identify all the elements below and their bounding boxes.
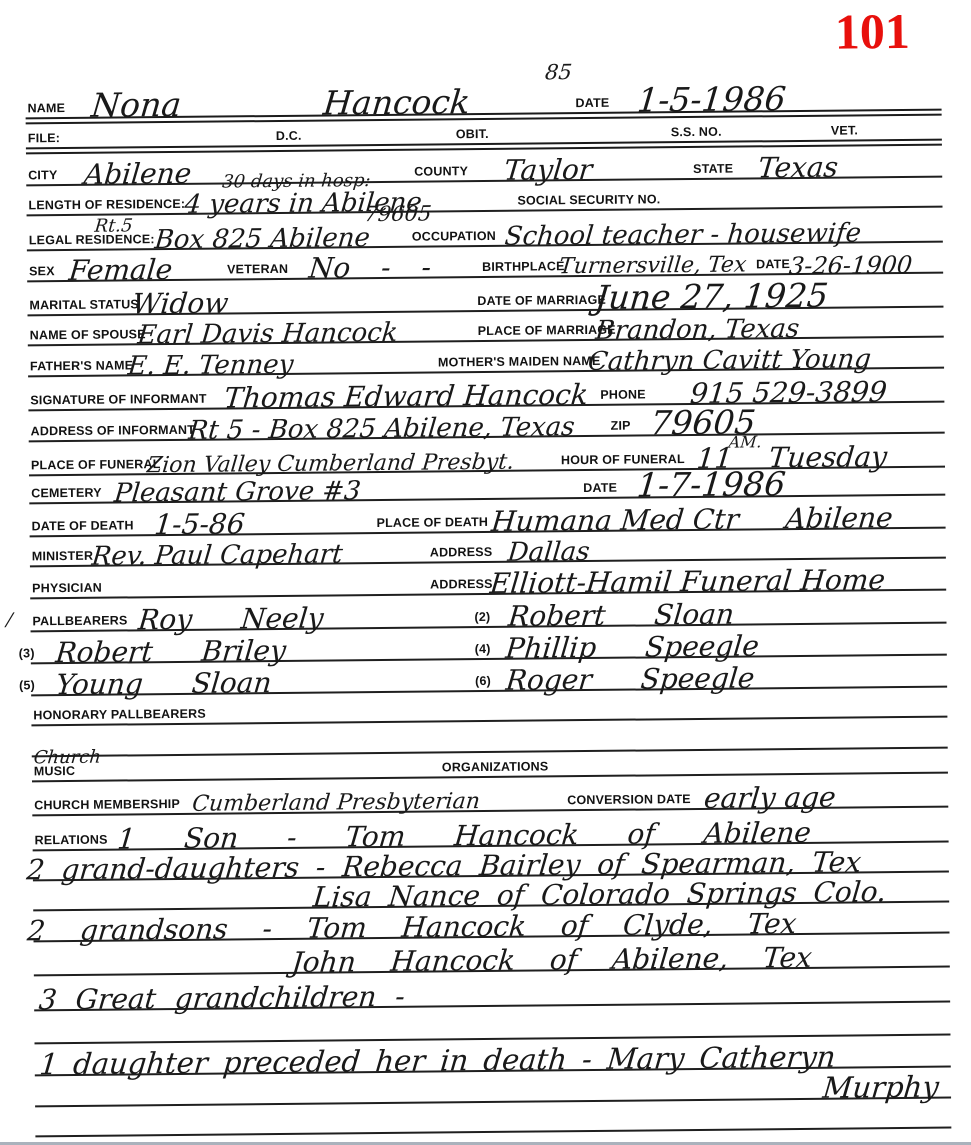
date-label: DATE [575,96,609,110]
age-value: 85 [544,60,573,84]
pallbearer-5-number: (5) [19,678,35,692]
county-label: COUNTY [414,164,468,179]
cemetery-label: CEMETERY [31,486,102,501]
file-label: FILE: [28,131,60,145]
address-of-informant-label: ADDRESS OF INFORMANT [31,423,196,439]
sex-value: Female [68,253,174,287]
date-of-marriage-label: DATE OF MARRIAGE [477,293,606,308]
hour-meridiem-value: AM. [728,432,763,451]
pallbearer-4-number: (4) [475,642,491,656]
vet-label: VET. [831,123,858,137]
music-label: MUSIC [34,764,75,778]
legal-residence-zip-value: 79605 [363,201,432,226]
length-of-residence-label: LENGTH OF RESIDENCE: [28,197,185,213]
church-membership-label: CHURCH MEMBERSHIP [34,797,180,812]
zip-label: ZIP [611,419,631,433]
church-membership-value: Cumberland Presbyterian [191,789,481,817]
record-card: 101 NAME Nona Hancock 85 DATE 1-5-1986 F… [0,0,971,1145]
physician-address-label: ADDRESS [430,577,493,592]
cemetery-date-label: DATE [583,481,617,495]
page-number: 101 [835,6,910,57]
place-of-funeral-label: PLACE OF FUNERAL [31,457,161,472]
name-first-value: Nona [90,85,183,125]
conversion-date-value: early age [703,781,838,815]
dc-label: D.C. [276,129,302,143]
legal-residence-route-value: Rt.5 [94,215,134,236]
date-of-death-label: DATE OF DEATH [31,518,133,533]
date-value: 1-5-1986 [636,79,788,119]
veteran-value: No - - [307,250,432,284]
marital-status-label: MARITAL STATUS [29,297,139,312]
check-mark: / [5,610,13,631]
fathers-name-label: FATHER'S NAME [30,358,133,373]
occupation-label: OCCUPATION [412,229,496,244]
obit-label: OBIT. [456,127,489,141]
social-security-label: SOCIAL SECURITY NO. [517,192,660,207]
birthplace-value: Turnersville, Tex [558,252,748,279]
birth-date-label: DATE [756,257,790,271]
name-of-spouse-label: NAME OF SPOUSE [30,327,146,342]
veteran-label: VETERAN [227,262,288,277]
place-of-death-label: PLACE OF DEATH [376,515,488,530]
legal-residence-label: LEGAL RESIDENCE: [29,232,155,247]
pallbearer-3-number: (3) [19,646,35,660]
ssno-label: S.S. NO. [671,125,722,139]
mothers-maiden-name-label: MOTHER'S MAIDEN NAME [438,354,601,370]
pallbearer-2-number: (2) [474,610,490,624]
minister-address-label: ADDRESS [430,545,493,560]
field-row-church-membership: CHURCH MEMBERSHIP Cumberland Presbyteria… [32,776,948,817]
conversion-date-label: CONVERSION DATE [567,792,691,807]
relations-label: RELATIONS [34,833,107,848]
sex-label: SEX [29,264,55,278]
name-label: NAME [27,101,65,115]
organizations-label: ORGANIZATIONS [442,759,549,774]
signature-of-informant-label: SIGNATURE OF INFORMANT [30,392,207,408]
physician-label: PHYSICIAN [32,581,102,596]
pallbearers-label: PALLBEARERS [32,613,127,628]
city-label: CITY [28,168,57,182]
minister-label: MINISTER [32,549,93,564]
phone-label: PHONE [600,387,646,401]
name-last-value: Hancock [322,82,472,122]
birthplace-label: BIRTHPLACE [482,259,565,274]
honorary-pallbearers-label: HONORARY PALLBEARERS [33,707,206,723]
pallbearer-6-number: (6) [475,674,491,688]
state-label: STATE [693,162,733,176]
